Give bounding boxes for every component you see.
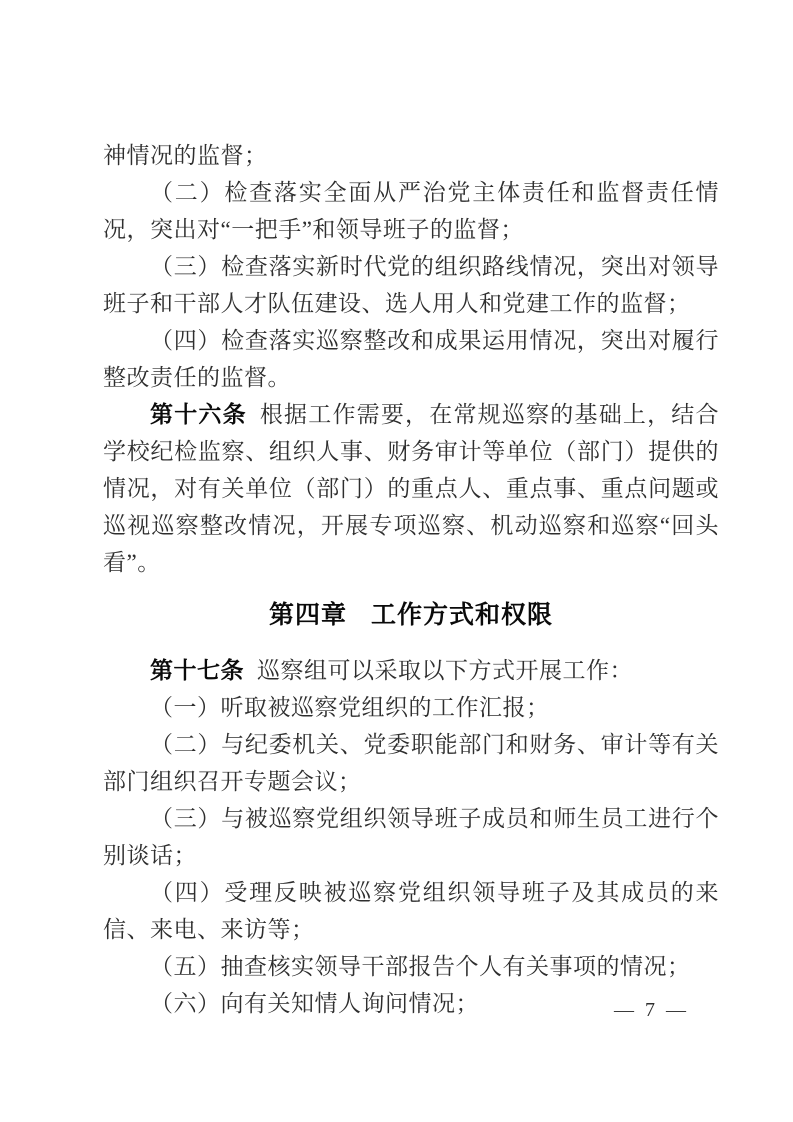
paragraph-way-5: （五）抽查核实领导干部报告个人有关事项的情况； (103, 948, 719, 985)
paragraph-text: （四）受理反映被巡察党组织领导班子及其成员的来信、来电、来访等； (103, 880, 719, 942)
paragraph-text: （二）检查落实全面从严治党主体责任和监督责任情况，突出对“一把手”和领导班子的监… (103, 180, 719, 242)
chapter-title: 工作方式和权限 (371, 601, 553, 629)
footer-page-number: 7 (645, 999, 656, 1021)
paragraph-way-3: （三）与被巡察党组织领导班子成员和师生员工进行个别谈话； (103, 800, 719, 874)
paragraph-way-1: （一）听取被巡察党组织的工作汇报； (103, 689, 719, 726)
paragraph-way-2: （二）与纪委机关、党委职能部门和财务、审计等有关部门组织召开专题会议； (103, 726, 719, 800)
paragraph-text: （六）向有关知情人询问情况； (150, 991, 479, 1016)
paragraph-article-16: 第十六条根据工作需要，在常规巡察的基础上，结合学校纪检监察、组织人事、财务审计等… (103, 396, 719, 581)
chapter-heading: 第四章工作方式和权限 (103, 595, 719, 635)
article-16-label: 第十六条 (150, 401, 247, 427)
chapter-number: 第四章 (269, 601, 347, 629)
article-17-label: 第十七条 (150, 657, 244, 683)
paragraph-text: 巡察组可以采取以下方式开展工作： (257, 658, 633, 683)
document-body: 神情况的监督； （二）检查落实全面从严治党主体责任和监督责任情况，突出对“一把手… (103, 137, 719, 1022)
paragraph-text: （二）与纪委机关、党委职能部门和财务、审计等有关部门组织召开专题会议； (103, 732, 719, 794)
paragraph-text: 神情况的监督； (103, 143, 268, 168)
paragraph-item-2: （二）检查落实全面从严治党主体责任和监督责任情况，突出对“一把手”和领导班子的监… (103, 174, 719, 248)
paragraph-text: 根据工作需要，在常规巡察的基础上，结合学校纪检监察、组织人事、财务审计等单位（部… (103, 402, 719, 575)
paragraph-text: （一）听取被巡察党组织的工作汇报； (150, 695, 550, 720)
paragraph-item-4: （四）检查落实巡察整改和成果运用情况，突出对履行整改责任的监督。 (103, 322, 719, 396)
paragraph-text: （五）抽查核实领导干部报告个人有关事项的情况； (150, 954, 691, 979)
footer-left-dash: — (614, 999, 635, 1021)
footer-right-dash: — (666, 999, 687, 1021)
document-page: 神情况的监督； （二）检查落实全面从严治党主体责任和监督责任情况，突出对“一把手… (0, 0, 793, 1122)
paragraph-way-4: （四）受理反映被巡察党组织领导班子及其成员的来信、来电、来访等； (103, 874, 719, 948)
paragraph-text: （三）与被巡察党组织领导班子成员和师生员工进行个别谈话； (103, 806, 719, 868)
paragraph-article-17: 第十七条巡察组可以采取以下方式开展工作： (103, 652, 719, 689)
paragraph-text: （四）检查落实巡察整改和成果运用情况，突出对履行整改责任的监督。 (103, 328, 719, 390)
paragraph-text: （三）检查落实新时代党的组织路线情况，突出对领导班子和干部人才队伍建设、选人用人… (103, 254, 719, 316)
page-number: —7— (604, 998, 697, 1022)
paragraph-continuation: 神情况的监督； (103, 137, 719, 174)
paragraph-item-3: （三）检查落实新时代党的组织路线情况，突出对领导班子和干部人才队伍建设、选人用人… (103, 248, 719, 322)
